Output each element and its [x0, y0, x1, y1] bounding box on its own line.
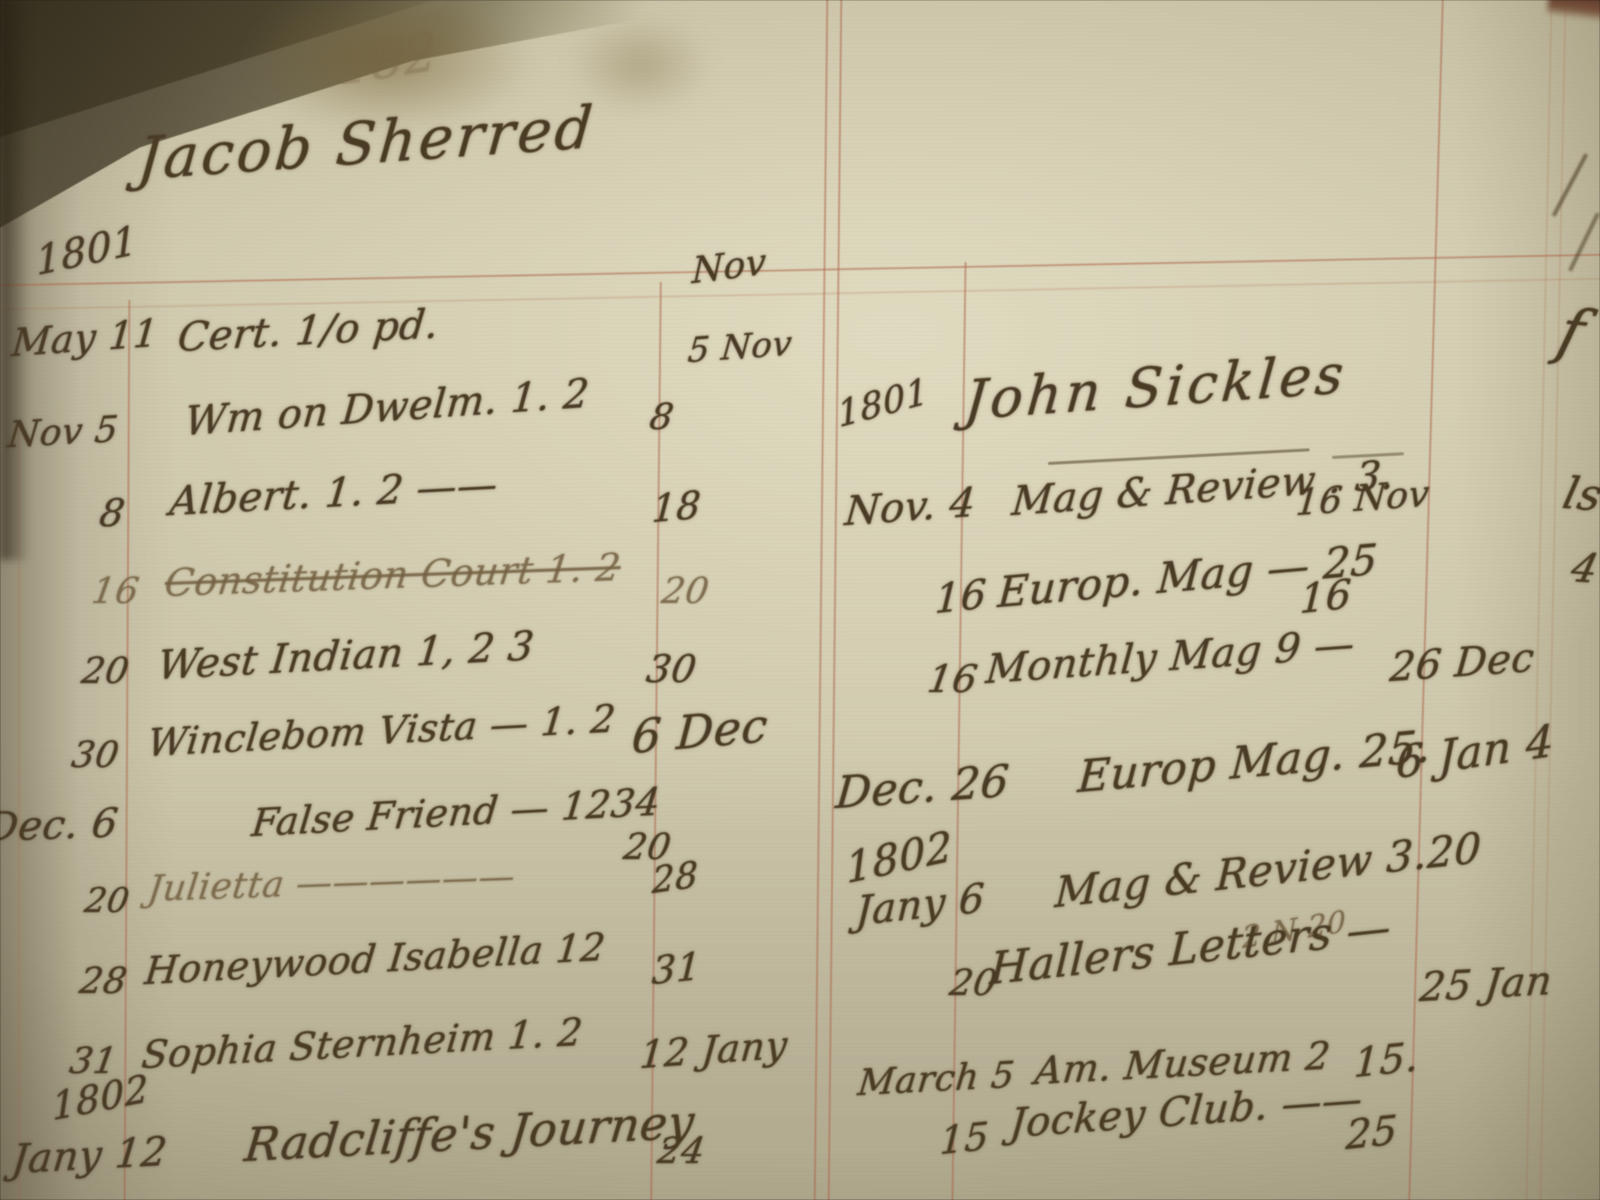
ledger-row-due: 6 Dec: [630, 702, 769, 760]
year-label: 1801: [35, 220, 139, 282]
gutter-shadow: [0, 0, 30, 560]
ledger-row-date: 16: [934, 574, 988, 620]
ledger-row-title: Albert. 1. 2 ——: [168, 465, 500, 522]
account-holder-name-right: John Sickles: [963, 347, 1350, 428]
ledger-row-date: Nov. 4: [843, 483, 977, 532]
top-right-page-edge: [1546, 0, 1600, 25]
ledger-row-due: 25 Jan: [1418, 961, 1554, 1008]
ledger-row-due: 16: [1299, 574, 1353, 620]
ledger-row-date: 16: [89, 574, 142, 610]
ledger-row-date: 15: [939, 1117, 990, 1161]
ledger-row-due: 5 Nov: [686, 327, 793, 369]
ledger-row-due: 12 Jany: [638, 1026, 789, 1075]
ledger-row-date: March 5: [856, 1058, 1016, 1102]
ledger-row-title: False Friend — 1234: [250, 782, 662, 842]
ledger-row-date: May 11: [10, 314, 159, 363]
ruled-line-far-right-a: [1525, 0, 1552, 1200]
ruled-line-date-col-left: [124, 300, 131, 1200]
ledger-row-title: Radcliffe's Journey: [243, 1098, 697, 1168]
ledger-row-due: 8: [647, 400, 676, 436]
ledger-row-date: 28: [77, 964, 130, 1000]
ledger-row-date: 16: [925, 660, 980, 698]
year-label: 1802: [51, 1069, 149, 1126]
ink-fragment: 4: [1567, 548, 1600, 589]
ledger-row-date: 30: [69, 738, 122, 774]
ledger-row-due: 31: [651, 947, 702, 991]
page-number: 182: [338, 26, 438, 94]
ledger-row-title: Sophia Sternheim 1. 2: [140, 1013, 585, 1074]
ledger-row-due: 26 Dec: [1388, 638, 1536, 688]
ledger-row-date: Jany 6: [855, 878, 986, 932]
ledger-row-date: 8: [97, 494, 128, 532]
ledger-row-date: Nov 5: [6, 412, 120, 454]
ledger-row-title: Julietta ——————: [146, 859, 518, 908]
ruled-line-horizontal-bottom: [0, 277, 1600, 310]
ledger-row-title: Wm on Dwelm. 1. 2: [183, 374, 591, 443]
ledger-row-due: 20: [659, 574, 712, 610]
ledger-row-due: 25: [1345, 1110, 1399, 1156]
ledger-row-title: Cert. 1/o pd.: [176, 304, 441, 358]
ruled-line-center-pair-a: [814, 0, 829, 1200]
ledger-row-title: Hallers Letters —: [989, 906, 1392, 993]
ledger-row-due: 24: [655, 1134, 708, 1170]
ledger-row-date: Dec. 6: [0, 803, 120, 848]
ledger-row-title: West Indian 1, 2 3: [156, 626, 536, 686]
year-label: 1801: [836, 374, 930, 434]
ruled-line-far-right-b: [1539, 0, 1566, 1200]
ledger-row-date: 20: [82, 884, 132, 918]
edge-stroke-2: [1568, 212, 1600, 271]
ruled-line-amount-col-right: [1408, 0, 1444, 1200]
ink-fragment: ls: [1559, 472, 1600, 518]
column-header-scrawl: Nov: [691, 245, 767, 291]
ledger-row-title: Europ Mag. 25.: [1076, 725, 1432, 800]
account-holder-name-left: Jacob Sherred: [135, 98, 597, 188]
ledger-row-title: Honeywood Isabella 12: [143, 928, 607, 990]
ledger-row-title: Constitution Court 1. 2: [163, 548, 623, 602]
ledger-row-date: 20: [79, 654, 132, 690]
ledger-row-title: Winclebom Vista — 1. 2: [146, 699, 618, 762]
ledger-row-due: 28: [652, 857, 699, 900]
ledger-row-due: 30: [644, 650, 699, 688]
ledger-row-title: Monthly Mag 9 —: [984, 624, 1356, 690]
ledger-row-date: Jany 12: [10, 1132, 169, 1180]
edge-stroke-1: [1552, 153, 1588, 217]
ledger-row-date: Dec. 26: [834, 760, 1011, 816]
ledger-row-due: 16 Nov: [1294, 477, 1431, 523]
ledger-row-due: 18: [651, 486, 703, 529]
ruled-line-center-pair-b: [828, 0, 843, 1200]
ledger-photo: 182 Jacob Sherred 1801 Nov May 11 Cert. …: [0, 0, 1600, 1200]
